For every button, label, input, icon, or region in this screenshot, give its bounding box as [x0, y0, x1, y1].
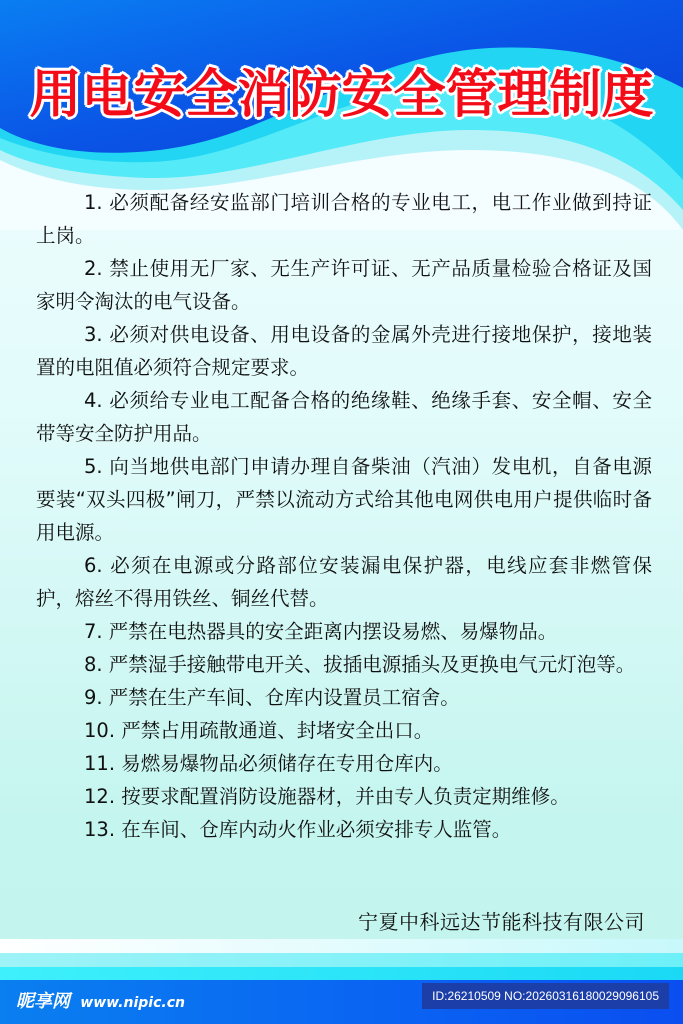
rule-item: 8. 严禁湿手接触带电开关、拔插电源插头及更换电气元灯泡等。 [36, 648, 652, 681]
rules-list: 1. 必须配备经安监部门培训合格的专业电工，电工作业做到持证上岗。 2. 禁止使… [36, 186, 652, 846]
rule-item: 2. 禁止使用无厂家、无生产许可证、无产品质量检验合格证及国家明令淘汰的电气设备… [36, 252, 652, 318]
rule-item: 5. 向当地供电部门申请办理自备柴油（汽油）发电机，自备电源要装“双头四极”闸刀… [36, 450, 652, 549]
rule-item: 1. 必须配备经安监部门培训合格的专业电工，电工作业做到持证上岗。 [36, 186, 652, 252]
rule-item: 10. 严禁占用疏散通道、封堵安全出口。 [36, 714, 652, 747]
image-id-badge: ID:26210509 NO:20260316180029096105 [422, 983, 669, 1009]
rule-item: 3. 必须对供电设备、用电设备的金属外壳进行接地保护，接地装置的电阻值必须符合规… [36, 318, 652, 384]
decor-stripe [0, 939, 683, 953]
site-url: www.nipic.cn [80, 995, 185, 1011]
company-name: 宁夏中科远达节能科技有限公司 [358, 906, 645, 935]
rule-item: 11. 易燃易爆物品必须储存在专用仓库内。 [36, 747, 652, 780]
decor-stripe [0, 967, 683, 980]
decor-stripe [0, 953, 683, 967]
rule-item: 7. 严禁在电热器具的安全距离内摆设易燃、易爆物品。 [36, 615, 652, 648]
rule-item: 13. 在车间、仓库内动火作业必须安排专人监管。 [36, 813, 652, 846]
rule-item: 12. 按要求配置消防设施器材，并由专人负责定期维修。 [36, 780, 652, 813]
poster-title: 用电安全消防安全管理制度 [0, 52, 683, 127]
rule-item: 4. 必须给专业电工配备合格的绝缘鞋、绝缘手套、安全帽、安全带等安全防护用品。 [36, 384, 652, 450]
watermark-footer: 昵享网 www.nipic.cn ID:26210509 NO:20260316… [0, 980, 683, 1024]
logo-text: 昵享网 [16, 991, 70, 1012]
rule-item: 9. 严禁在生产车间、仓库内设置员工宿舍。 [36, 681, 652, 714]
rule-item: 6. 必须在电源或分路部位安装漏电保护器，电线应套非燃管保护，熔丝不得用铁丝、铜… [36, 549, 652, 615]
nipic-logo[interactable]: 昵享网 www.nipic.cn [16, 987, 185, 1013]
